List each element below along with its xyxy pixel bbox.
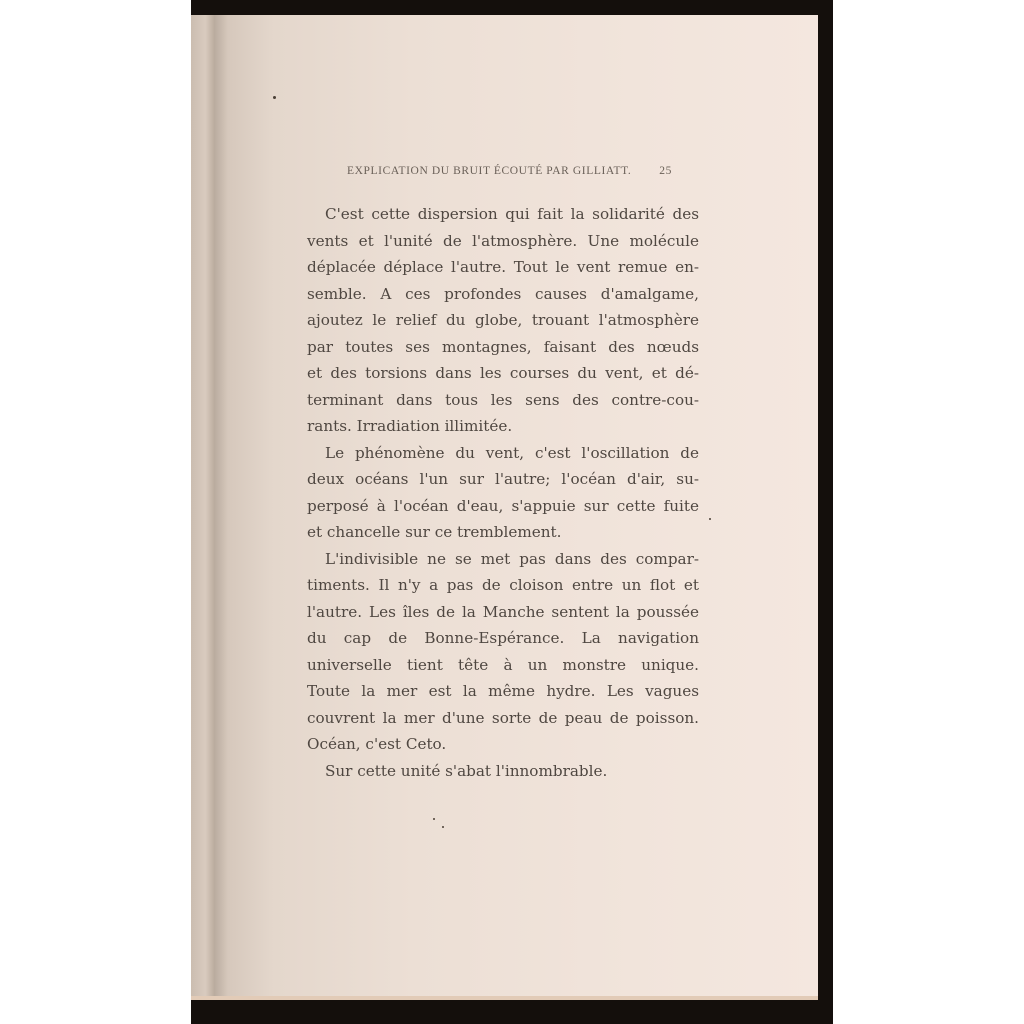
speck-mark [442, 826, 444, 828]
page-bottom-edge [191, 996, 818, 1000]
text-line: rants. Irradiation illimitée. [307, 413, 699, 440]
text-line: et chancelle sur ce tremblement. [307, 519, 699, 546]
text-line: universelle tient tête à un monstre uniq… [307, 652, 699, 679]
text-line: semble. A ces profondes causes d'amalgam… [307, 281, 699, 308]
text-line: Sur cette unité s'abat l'innombrable. [307, 758, 699, 785]
text-line: vents et l'unité de l'atmosphère. Une mo… [307, 228, 699, 255]
page-number: 25 [659, 165, 672, 177]
paragraph: Le phénomène du vent, c'est l'oscillatio… [307, 440, 699, 546]
text-line: l'autre. Les îles de la Manche sentent l… [307, 599, 699, 626]
paragraph: Sur cette unité s'abat l'innombrable. [307, 758, 699, 785]
paragraph: L'indivisible ne se met pas dans des com… [307, 546, 699, 758]
text-line: Océan, c'est Ceto. [307, 731, 699, 758]
text-line: ajoutez le relief du globe, trouant l'at… [307, 307, 699, 334]
text-line: du cap de Bonne-Espérance. La navigation [307, 625, 699, 652]
text-line: timents. Il n'y a pas de cloison entre u… [307, 572, 699, 599]
text-line: C'est cette dispersion qui fait la solid… [307, 201, 699, 228]
text-line: Le phénomène du vent, c'est l'oscillatio… [307, 440, 699, 467]
running-head: EXPLICATION DU BRUIT ÉCOUTÉ PAR GILLIATT… [347, 165, 672, 177]
text-line: Toute la mer est la même hydre. Les vagu… [307, 678, 699, 705]
paragraph: C'est cette dispersion qui fait la solid… [307, 201, 699, 440]
previous-page-edge [191, 15, 215, 1000]
speck-mark [273, 96, 276, 99]
speck-mark [433, 818, 435, 820]
text-line: perposé à l'océan d'eau, s'appuie sur ce… [307, 493, 699, 520]
text-line: deux océans l'un sur l'autre; l'océan d'… [307, 466, 699, 493]
text-line: déplacée déplace l'autre. Tout le vent r… [307, 254, 699, 281]
body-text: C'est cette dispersion qui fait la solid… [307, 201, 699, 784]
speck-mark [709, 518, 711, 520]
text-line: L'indivisible ne se met pas dans des com… [307, 546, 699, 573]
text-line: par toutes ses montagnes, faisant des nœ… [307, 334, 699, 361]
running-head-title: EXPLICATION DU BRUIT ÉCOUTÉ PAR GILLIATT… [347, 165, 631, 177]
text-line: couvrent la mer d'une sorte de peau de p… [307, 705, 699, 732]
text-line: et des torsions dans les courses du vent… [307, 360, 699, 387]
text-line: terminant dans tous les sens des contre-… [307, 387, 699, 414]
